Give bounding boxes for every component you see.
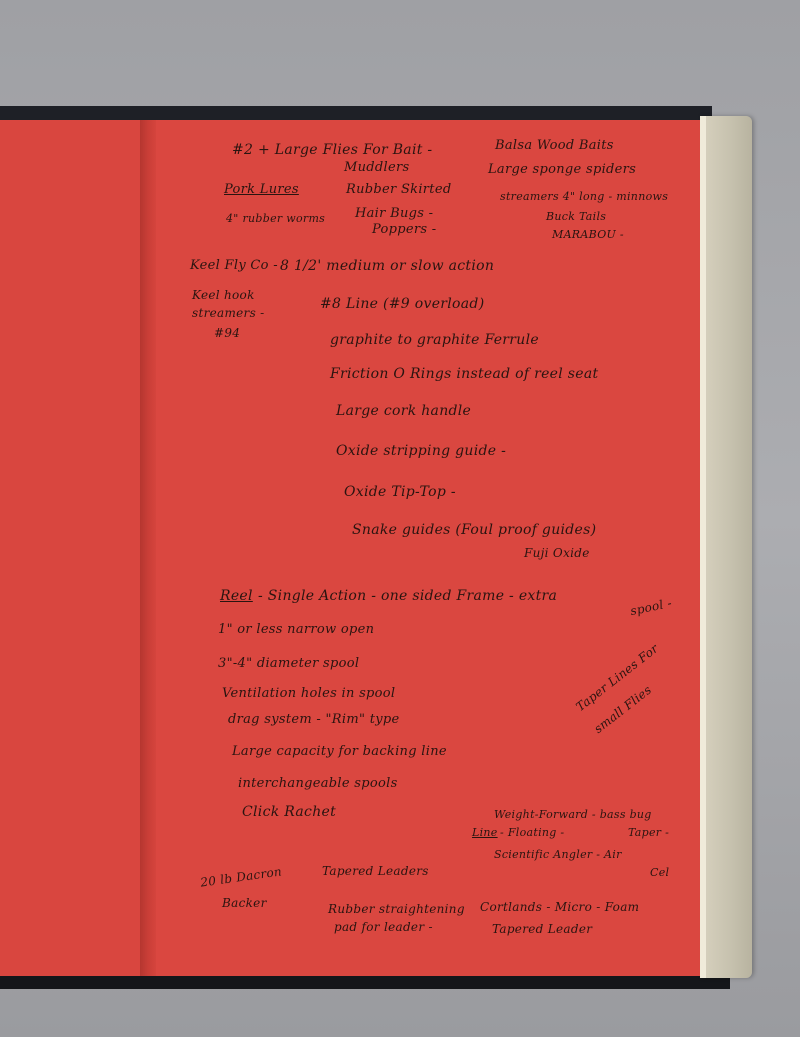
note-rubber-worms: 4" rubber worms — [226, 212, 325, 225]
note-tapered-leader: Tapered Leader — [492, 922, 592, 936]
reel-spec-spools: interchangeable spools — [238, 776, 398, 791]
note-number-94: #94 — [214, 326, 240, 340]
note-muddlers: Muddlers — [344, 160, 409, 175]
rod-spec-o-rings: Friction O Rings instead of reel seat — [330, 366, 598, 382]
note-sponge-spiders: Large sponge spiders — [488, 162, 636, 177]
line-taper: Taper - — [628, 826, 669, 839]
book-cover-bottom-edge — [0, 975, 730, 989]
rod-spec-stripping-guide: Oxide stripping guide - — [336, 443, 506, 459]
note-streamers-label: streamers - — [192, 306, 265, 320]
note-balsa-baits: Balsa Wood Baits — [495, 138, 614, 153]
reel-spec-diameter: 3"-4" diameter spool — [218, 656, 359, 671]
reel-spec-capacity: Large capacity for backing line — [232, 744, 447, 759]
note-cortlands: Cortlands - Micro - Foam — [480, 900, 639, 914]
page-block-edge — [700, 116, 752, 978]
rod-spec-tip-top: Oxide Tip-Top - — [344, 484, 456, 500]
note-buck-tails: Buck Tails — [546, 210, 606, 223]
book-hinge — [140, 120, 156, 976]
note-pad-for-leader: pad for leader - — [334, 920, 433, 934]
reel-spec-single-action: - Single Action - one sided Frame - extr… — [258, 588, 557, 604]
note-pork-lures: Pork Lures — [224, 182, 299, 197]
rod-spec-ferrule: graphite to graphite Ferrule — [330, 332, 539, 348]
note-rubber-skirted: Rubber Skirted — [346, 182, 451, 197]
rod-spec-length: 8 1/2' medium or slow action — [280, 258, 494, 274]
note-backer: Backer — [222, 896, 267, 910]
reel-spec-ventilation: Ventilation holes in spool — [222, 686, 395, 701]
rod-spec-snake-guides: Snake guides (Foul proof guides) — [352, 522, 596, 538]
line-label: Line — [472, 826, 498, 839]
note-hair-bugs: Hair Bugs - — [355, 206, 433, 221]
note-keel-hook: Keel hook — [192, 288, 255, 302]
rod-spec-fuji-oxide: Fuji Oxide — [524, 546, 590, 560]
line-floating: - Floating - — [500, 826, 564, 839]
endpaper-pastedown — [0, 120, 140, 976]
rod-spec-line: #8 Line (#9 overload) — [320, 296, 484, 312]
note-straightening-pad: Rubber straightening — [328, 902, 465, 916]
line-cel: Cel — [650, 866, 669, 879]
book-cover-top-edge — [0, 106, 712, 120]
line-weight-forward: Weight-Forward - bass bug — [494, 808, 652, 821]
note-flies-for-bait: #2 + Large Flies For Bait - — [232, 142, 432, 158]
reel-spec-click-rachet: Click Rachet — [242, 804, 336, 820]
rod-spec-cork-handle: Large cork handle — [336, 403, 471, 419]
line-scientific-angler: Scientific Angler - Air — [494, 848, 622, 861]
note-marabou: MARABOU - — [552, 228, 624, 241]
reel-spec-narrow: 1" or less narrow open — [218, 622, 374, 637]
reel-spec-drag: drag system - "Rim" type — [228, 712, 399, 727]
reel-label: Reel — [220, 588, 253, 604]
note-poppers: Poppers - — [372, 222, 437, 237]
note-tapered-leaders: Tapered Leaders — [322, 864, 429, 878]
note-keel-fly-co: Keel Fly Co - — [190, 258, 278, 273]
note-streamers: streamers 4" long - minnows — [500, 190, 668, 203]
